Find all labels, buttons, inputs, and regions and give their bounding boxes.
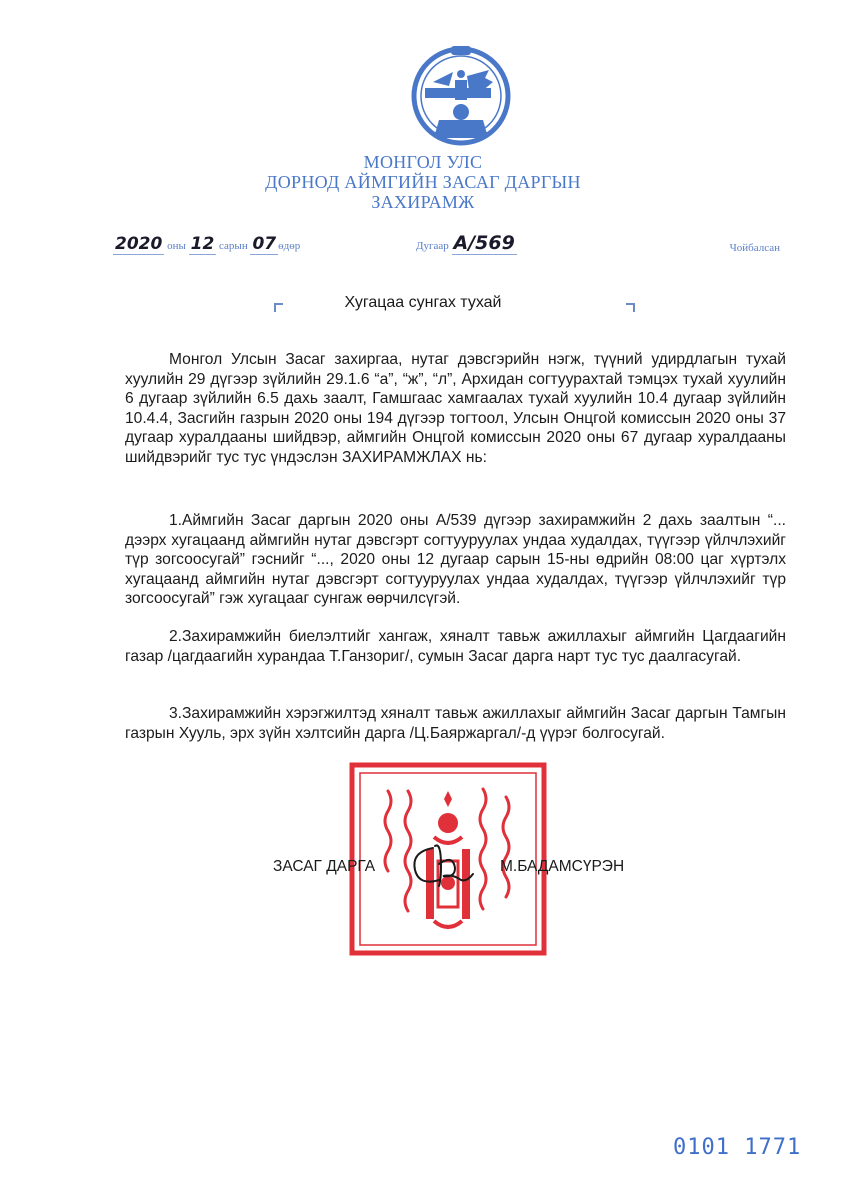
document-subject: Хугацаа сунгах тухай (0, 294, 846, 312)
authority-name: ДОРНОД АЙМГИЙН ЗАСАГ ДАРГЫН (0, 172, 846, 192)
date-day: 07 (250, 234, 278, 255)
handwritten-signature-icon (405, 840, 485, 890)
country-name: МОНГОЛ УЛС (0, 152, 846, 172)
clause-1: 1.Аймгийн Засаг даргын 2020 оны А/539 дү… (125, 511, 786, 609)
paragraph-text: Монгол Улсын Засаг захиргаа, нутаг дэвсг… (125, 350, 786, 468)
document-date: 2020 оны 12 сарын 07өдөр (113, 234, 300, 254)
number-label: Дугаар (416, 240, 449, 252)
document-city: Чойбалсан (730, 242, 780, 254)
clause-2: 2.Захирамжийн биелэлтийг хангаж, хяналт … (125, 627, 786, 666)
number-value: А/569 (452, 232, 517, 255)
paragraph-text: 1.Аймгийн Засаг даргын 2020 оны А/539 дү… (125, 511, 786, 609)
month-label: сарын (219, 240, 248, 252)
document-meta: 2020 оны 12 сарын 07өдөр Дугаар А/569 Чо… (0, 234, 846, 264)
paragraph-text: 2.Захирамжийн биелэлтийг хангаж, хяналт … (125, 627, 786, 666)
date-month: 12 (189, 234, 217, 255)
document-number: Дугаар А/569 (416, 232, 517, 254)
mongolia-state-emblem-icon (405, 42, 517, 146)
paragraph-text: 3.Захирамжийн хэрэгжилтэд хяналт тавьж а… (125, 704, 786, 743)
year-label: оны (167, 240, 186, 252)
day-label: өдөр (278, 240, 300, 252)
signatory-name: М.БАДАМСҮРЭН (500, 858, 624, 876)
date-year: 2020 (113, 234, 164, 255)
signatory-title: ЗАСАГ ДАРГА (273, 858, 375, 876)
document-type: ЗАХИРАМЖ (0, 192, 846, 212)
document-serial-number: 0101 1771 (673, 1135, 801, 1160)
clause-3: 3.Захирамжийн хэрэгжилтэд хяналт тавьж а… (125, 704, 786, 743)
preamble-paragraph: Монгол Улсын Засаг захиргаа, нутаг дэвсг… (125, 350, 786, 468)
